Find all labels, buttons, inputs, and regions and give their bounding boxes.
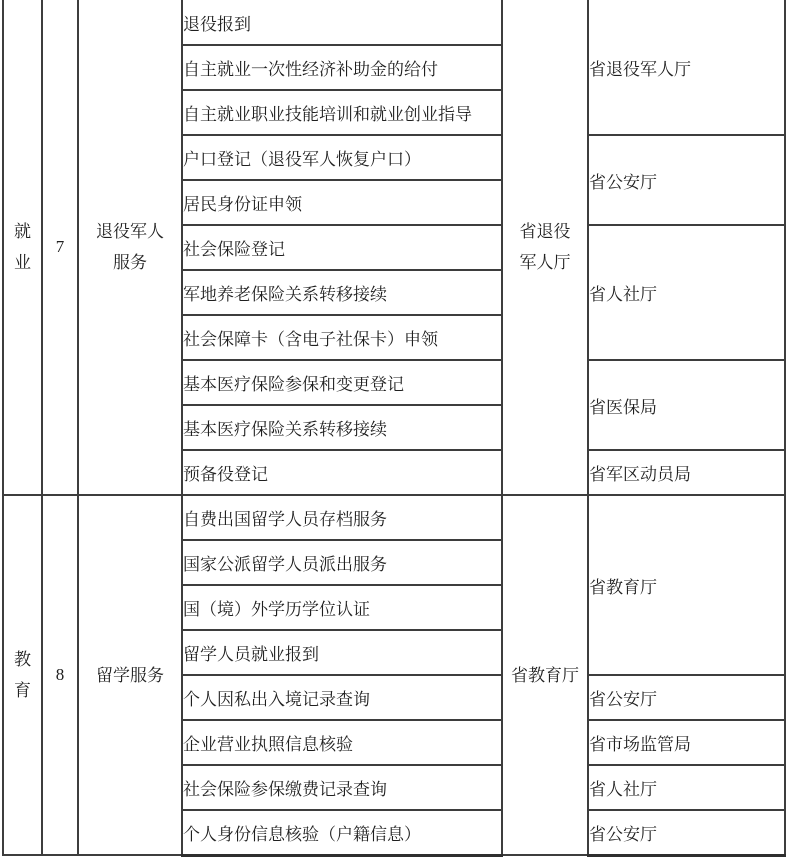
- service-group-line: 服务: [79, 247, 181, 278]
- service-item-cell: 退役报到: [182, 0, 502, 45]
- service-group-line: 留学服务: [79, 660, 181, 691]
- category-line: 业: [4, 247, 41, 278]
- service-item-cell: 个人身份信息核验（户籍信息）: [182, 810, 502, 855]
- service-item-cell: 企业营业执照信息核验: [182, 720, 502, 765]
- responsible-department-cell: 省市场监管局: [588, 720, 785, 765]
- category-text: 就 业: [4, 216, 41, 278]
- responsible-department-cell: 省教育厅: [588, 495, 785, 675]
- lead-department-line: 军人厅: [503, 247, 587, 278]
- service-group-text: 退役军人 服务: [79, 216, 181, 278]
- row-number: 8: [56, 665, 65, 684]
- service-item-cell: 社会保障卡（含电子社保卡）申领: [182, 315, 502, 360]
- service-item-cell: 国（境）外学历学位认证: [182, 585, 502, 630]
- category-cell: 教 育: [3, 495, 42, 855]
- category-line: 教: [4, 644, 41, 675]
- category-text: 教 育: [4, 644, 41, 706]
- responsible-department-cell: 省医保局: [588, 360, 785, 450]
- lead-department-line: 省退役: [503, 216, 587, 247]
- service-item-cell: 基本医疗保险关系转移接续: [182, 405, 502, 450]
- lead-department-cell: 省教育厅: [502, 495, 588, 855]
- row-number-cell: 8: [42, 495, 78, 855]
- service-item-cell: 国家公派留学人员派出服务: [182, 540, 502, 585]
- responsible-department-cell: 省军区动员局: [588, 450, 785, 495]
- service-group-cell: 留学服务: [78, 495, 182, 855]
- responsible-department-cell: 省公安厅: [588, 135, 785, 225]
- lead-department-line: 省教育厅: [503, 660, 587, 691]
- service-item-cell: 户口登记（退役军人恢复户口）: [182, 135, 502, 180]
- service-item-cell: 自主就业一次性经济补助金的给付: [182, 45, 502, 90]
- service-item-cell: 留学人员就业报到: [182, 630, 502, 675]
- category-line: 就: [4, 216, 41, 247]
- responsible-department-cell: 省公安厅: [588, 675, 785, 720]
- lead-department-cell: 省退役 军人厅: [502, 0, 588, 495]
- table-row: 就 业 7 退役军人 服务 退役报到 省退役 军人厅 省退役军人厅: [3, 0, 785, 45]
- category-line: 育: [4, 675, 41, 706]
- service-group-line: 退役军人: [79, 216, 181, 247]
- responsible-department-cell: 省退役军人厅: [588, 0, 785, 135]
- service-item-cell: 个人因私出入境记录查询: [182, 675, 502, 720]
- responsible-department-cell: 省公安厅: [588, 810, 785, 855]
- service-item-cell: 自主就业职业技能培训和就业创业指导: [182, 90, 502, 135]
- service-item-cell: 居民身份证申领: [182, 180, 502, 225]
- service-group-text: 留学服务: [79, 660, 181, 691]
- responsible-department-cell: 省人社厅: [588, 765, 785, 810]
- service-item-cell: 自费出国留学人员存档服务: [182, 495, 502, 540]
- service-item-cell: 军地养老保险关系转移接续: [182, 270, 502, 315]
- lead-department-text: 省教育厅: [503, 660, 587, 691]
- category-cell: 就 业: [3, 0, 42, 495]
- responsible-department-cell: 省人社厅: [588, 225, 785, 360]
- row-number-cell: 7: [42, 0, 78, 495]
- row-number: 7: [56, 237, 65, 256]
- service-item-cell: 预备役登记: [182, 450, 502, 495]
- table-row: 教 育 8 留学服务 自费出国留学人员存档服务 省教育厅 省教育厅: [3, 495, 785, 540]
- services-table: 就 业 7 退役军人 服务 退役报到 省退役 军人厅 省退役军人厅: [2, 0, 786, 857]
- service-item-cell: 社会保险登记: [182, 225, 502, 270]
- service-item-cell: 基本医疗保险参保和变更登记: [182, 360, 502, 405]
- service-group-cell: 退役军人 服务: [78, 0, 182, 495]
- lead-department-text: 省退役 军人厅: [503, 216, 587, 278]
- service-item-cell: 社会保险参保缴费记录查询: [182, 765, 502, 810]
